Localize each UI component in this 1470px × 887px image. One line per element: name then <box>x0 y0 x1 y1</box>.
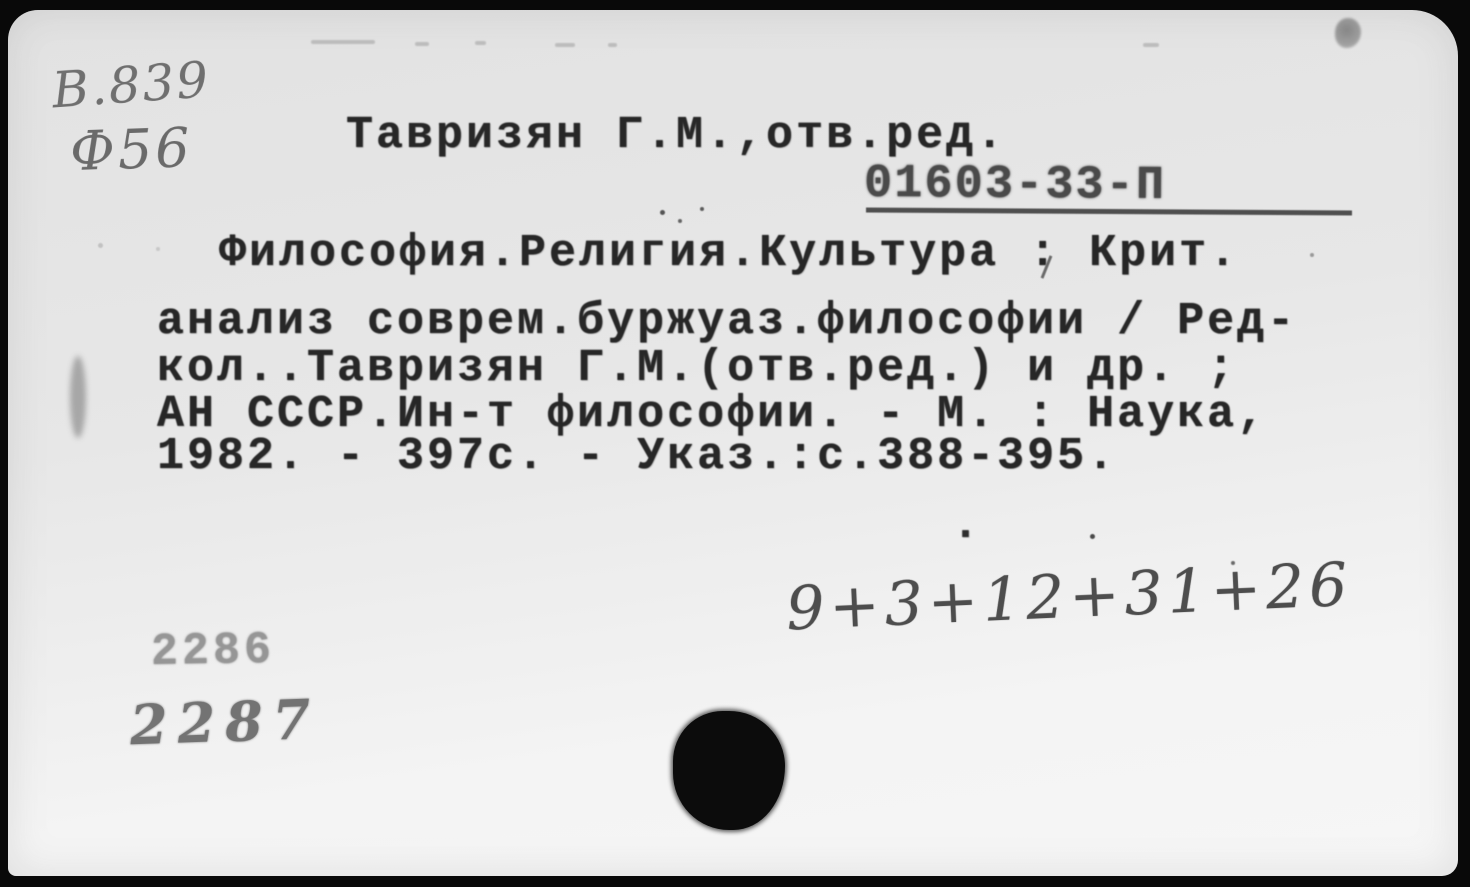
speck <box>700 207 704 211</box>
speck <box>1090 534 1095 539</box>
call-number-author: Ф56 <box>69 116 194 183</box>
call-number-class: В.839 <box>50 51 212 120</box>
stray-period: . <box>952 500 979 551</box>
speck <box>660 210 665 215</box>
scuff-mark <box>311 40 375 44</box>
inventory-number-handwritten: 2287 <box>129 687 321 758</box>
scuff-mark <box>415 42 429 46</box>
stain-mark <box>1335 18 1361 48</box>
editor-heading: Тавризян Г.М.,отв.ред. <box>346 110 1006 161</box>
scuff-mark <box>475 41 486 45</box>
speck <box>156 247 160 251</box>
speck <box>678 219 682 223</box>
edge-smudge <box>70 356 86 438</box>
scuff-mark <box>1143 43 1159 47</box>
bib-line: Философия.Религия.Культура : Крит. <box>219 228 1239 279</box>
library-catalog-card: В.839 Ф56 Тавризян Г.М.,отв.ред. 01603-3… <box>8 10 1458 876</box>
bib-line: 1982. - 397с. - Указ.:с.388-395. <box>157 431 1117 482</box>
scanned-page-background: В.839 Ф56 Тавризян Г.М.,отв.ред. 01603-3… <box>0 0 1470 887</box>
scuff-mark <box>608 43 617 47</box>
control-stamp-number: 01603-33-П <box>864 158 1166 213</box>
speck <box>1310 253 1314 257</box>
speck <box>1231 561 1235 565</box>
scuff-mark <box>555 43 575 47</box>
inventory-number-stamped: 2286 <box>151 625 276 678</box>
bib-line: кол..Тавризян Г.М.(отв.ред.) и др. ; <box>157 343 1237 394</box>
bib-line: анализ соврем.буржуаз.философии / Ред- <box>157 296 1297 347</box>
speck <box>98 243 103 248</box>
ink-blot <box>673 711 785 830</box>
stamp-underline <box>866 208 1352 216</box>
handwritten-sum: 9+3+12+31+26 <box>785 550 1354 645</box>
